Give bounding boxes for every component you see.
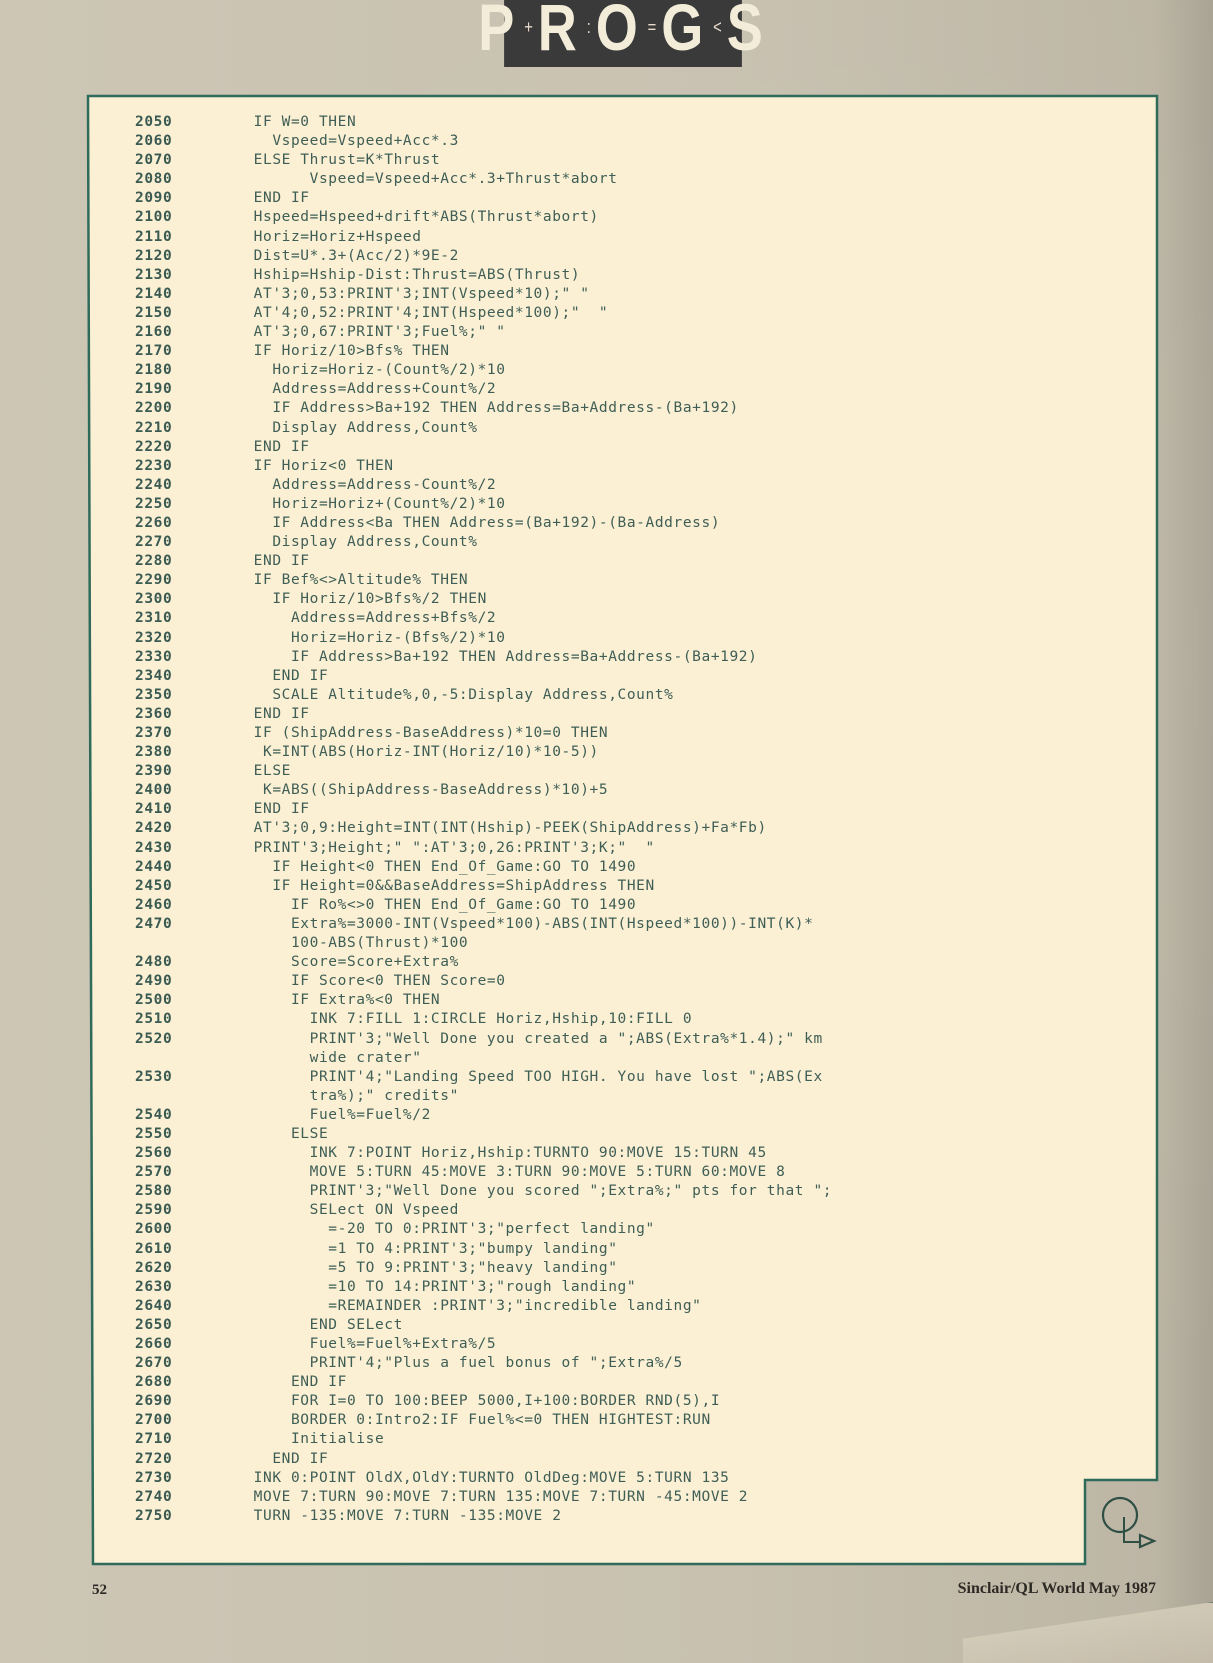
line-number: 2050	[135, 113, 235, 132]
code-line: 2640 =REMAINDER :PRINT'3;"incredible lan…	[135, 1297, 832, 1316]
code-line: 2480 Score=Score+Extra%	[135, 953, 832, 972]
code-text: PRINT'3;Height;" ":AT'3;0,26:PRINT'3;K;"…	[235, 839, 655, 858]
code-line: 2550 ELSE	[135, 1125, 832, 1144]
code-line: 2560 INK 7:POINT Horiz,Hship:TURNTO 90:M…	[135, 1144, 832, 1163]
code-line: 2360 END IF	[135, 705, 832, 724]
line-number: 2430	[135, 839, 235, 858]
line-number: 2290	[135, 571, 235, 590]
line-number: 2710	[135, 1430, 235, 1449]
code-text: IF Bef%<>Altitude% THEN	[235, 571, 468, 590]
code-text: END IF	[235, 800, 310, 819]
code-line: 2580 PRINT'3;"Well Done you scored ";Ext…	[135, 1182, 832, 1201]
line-number: 2540	[135, 1106, 235, 1125]
code-text: Dist=U*.3+(Acc/2)*9E-2	[235, 247, 459, 266]
line-number: 2420	[135, 819, 235, 838]
line-number: 2510	[135, 1010, 235, 1029]
code-text: IF Score<0 THEN Score=0	[235, 972, 506, 991]
code-text: MOVE 5:TURN 45:MOVE 3:TURN 90:MOVE 5:TUR…	[235, 1163, 785, 1182]
code-line: 2200 IF Address>Ba+192 THEN Address=Ba+A…	[135, 399, 832, 418]
line-number: 2560	[135, 1144, 235, 1163]
code-text: K=ABS((ShipAddress-BaseAddress)*10)+5	[235, 781, 608, 800]
code-text: IF Address>Ba+192 THEN Address=Ba+Addres…	[235, 648, 757, 667]
line-number: 2250	[135, 495, 235, 514]
code-text: Initialise	[235, 1430, 384, 1449]
section-title-separator: +	[524, 18, 533, 36]
code-text: AT'3;0,67:PRINT'3;Fuel%;" "	[235, 323, 506, 342]
code-line: 2460 IF Ro%<>0 THEN End_Of_Game:GO TO 14…	[135, 896, 832, 915]
code-text: ELSE Thrust=K*Thrust	[235, 151, 440, 170]
line-number: 2650	[135, 1316, 235, 1335]
code-line: 2610 =1 TO 4:PRINT'3;"bumpy landing"	[135, 1240, 832, 1259]
line-number: 2200	[135, 399, 235, 418]
code-text: FOR I=0 TO 100:BEEP 5000,I+100:BORDER RN…	[235, 1392, 720, 1411]
section-title-letter: S	[727, 0, 768, 60]
code-text: IF Horiz/10>Bfs% THEN	[235, 342, 450, 361]
code-text: PRINT'4;"Landing Speed TOO HIGH. You hav…	[235, 1068, 823, 1087]
code-text: =-20 TO 0:PRINT'3;"perfect landing"	[235, 1220, 655, 1239]
code-text: ELSE	[235, 762, 291, 781]
code-text: PRINT'4;"Plus a fuel bonus of ";Extra%/5	[235, 1354, 683, 1373]
line-number: 2090	[135, 189, 235, 208]
line-number: 2660	[135, 1335, 235, 1354]
code-line: 2220 END IF	[135, 438, 832, 457]
line-number: 2570	[135, 1163, 235, 1182]
code-text: INK 0:POINT OldX,OldY:TURNTO OldDeg:MOVE…	[235, 1469, 729, 1488]
code-line: 2690 FOR I=0 TO 100:BEEP 5000,I+100:BORD…	[135, 1392, 832, 1411]
code-line: 2380 K=INT(ABS(Horiz-INT(Horiz/10)*10-5)…	[135, 743, 832, 762]
code-line: 2190 Address=Address+Count%/2	[135, 380, 832, 399]
code-line: 2290 IF Bef%<>Altitude% THEN	[135, 571, 832, 590]
code-text: =5 TO 9:PRINT'3;"heavy landing"	[235, 1259, 618, 1278]
line-number: 2320	[135, 629, 235, 648]
code-text: Address=Address-Count%/2	[235, 476, 496, 495]
code-text: Horiz=Horiz+(Count%/2)*10	[235, 495, 506, 514]
line-number: 2500	[135, 991, 235, 1010]
code-line: 2470 Extra%=3000-INT(Vspeed*100)-ABS(INT…	[135, 915, 832, 953]
line-number: 2610	[135, 1240, 235, 1259]
code-line: 2260 IF Address<Ba THEN Address=(Ba+192)…	[135, 514, 832, 533]
code-line: 2390 ELSE	[135, 762, 832, 781]
code-line: 2450 IF Height=0&&BaseAddress=ShipAddres…	[135, 877, 832, 896]
code-text: INK 7:FILL 1:CIRCLE Horiz,Hship,10:FILL …	[235, 1010, 692, 1029]
section-title-separator: <	[713, 18, 722, 36]
line-number: 2220	[135, 438, 235, 457]
code-text: Horiz=Horiz-(Bfs%/2)*10	[235, 629, 506, 648]
section-title-separator: =	[648, 18, 657, 36]
line-number: 2520	[135, 1030, 235, 1049]
line-number: 2470	[135, 915, 235, 934]
line-number: 2600	[135, 1220, 235, 1239]
code-text: PRINT'3;"Well Done you created a ";ABS(E…	[235, 1030, 823, 1049]
code-continuation: tra%);" credits"	[135, 1087, 832, 1106]
code-line: 2140 AT'3;0,53:PRINT'3;INT(Vspeed*10);" …	[135, 285, 832, 304]
code-line: 2430 PRINT'3;Height;" ":AT'3;0,26:PRINT'…	[135, 839, 832, 858]
line-number: 2110	[135, 228, 235, 247]
line-number: 2410	[135, 800, 235, 819]
code-text: K=INT(ABS(Horiz-INT(Horiz/10)*10-5))	[235, 743, 599, 762]
line-number: 2350	[135, 686, 235, 705]
code-text: AT'3;0,9:Height=INT(INT(Hship)-PEEK(Ship…	[235, 819, 767, 838]
code-line: 2090 END IF	[135, 189, 832, 208]
line-number: 2170	[135, 342, 235, 361]
code-text: Score=Score+Extra%	[235, 953, 459, 972]
line-number: 2150	[135, 304, 235, 323]
code-line: 2530 PRINT'4;"Landing Speed TOO HIGH. Yo…	[135, 1068, 832, 1106]
code-line: 2650 END SELect	[135, 1316, 832, 1335]
code-text: END IF	[235, 552, 310, 571]
line-number: 2380	[135, 743, 235, 762]
code-continuation: wide crater"	[135, 1049, 832, 1068]
code-line: 2080 Vspeed=Vspeed+Acc*.3+Thrust*abort	[135, 170, 832, 189]
section-title-letter: P	[478, 0, 519, 60]
line-number: 2530	[135, 1068, 235, 1087]
code-text: SELect ON Vspeed	[235, 1201, 459, 1220]
code-text: MOVE 7:TURN 90:MOVE 7:TURN 135:MOVE 7:TU…	[235, 1488, 748, 1507]
code-line: 2570 MOVE 5:TURN 45:MOVE 3:TURN 90:MOVE …	[135, 1163, 832, 1182]
code-line: 2510 INK 7:FILL 1:CIRCLE Horiz,Hship,10:…	[135, 1010, 832, 1029]
code-line: 2540 Fuel%=Fuel%/2	[135, 1106, 832, 1125]
line-number: 2740	[135, 1488, 235, 1507]
section-title: P+R:O=G<S	[478, 0, 767, 60]
code-line: 2490 IF Score<0 THEN Score=0	[135, 972, 832, 991]
line-number: 2180	[135, 361, 235, 380]
code-text: END SELect	[235, 1316, 403, 1335]
code-line: 2320 Horiz=Horiz-(Bfs%/2)*10	[135, 629, 832, 648]
line-number: 2360	[135, 705, 235, 724]
code-text: IF Horiz/10>Bfs%/2 THEN	[235, 590, 487, 609]
code-line: 2620 =5 TO 9:PRINT'3;"heavy landing"	[135, 1259, 832, 1278]
code-line: 2240 Address=Address-Count%/2	[135, 476, 832, 495]
line-number: 2490	[135, 972, 235, 991]
code-text: IF Extra%<0 THEN	[235, 991, 440, 1010]
code-line: 2270 Display Address,Count%	[135, 533, 832, 552]
line-number: 2300	[135, 590, 235, 609]
line-number: 2390	[135, 762, 235, 781]
line-number: 2080	[135, 170, 235, 189]
code-line: 2410 END IF	[135, 800, 832, 819]
code-line: 2720 END IF	[135, 1450, 832, 1469]
code-line: 2160 AT'3;0,67:PRINT'3;Fuel%;" "	[135, 323, 832, 342]
code-text: Horiz=Horiz+Hspeed	[235, 228, 422, 247]
code-line: 2330 IF Address>Ba+192 THEN Address=Ba+A…	[135, 648, 832, 667]
line-number: 2070	[135, 151, 235, 170]
code-line: 2680 END IF	[135, 1373, 832, 1392]
code-text: END IF	[235, 438, 310, 457]
line-number: 2550	[135, 1125, 235, 1144]
code-text: Address=Address+Bfs%/2	[235, 609, 496, 628]
code-text: IF Address<Ba THEN Address=(Ba+192)-(Ba-…	[235, 514, 720, 533]
code-line: 2730 INK 0:POINT OldX,OldY:TURNTO OldDeg…	[135, 1469, 832, 1488]
code-line: 2750 TURN -135:MOVE 7:TURN -135:MOVE 2	[135, 1507, 832, 1526]
code-text: END IF	[235, 1373, 347, 1392]
line-number: 2340	[135, 667, 235, 686]
code-text: INK 7:POINT Horiz,Hship:TURNTO 90:MOVE 1…	[235, 1144, 767, 1163]
line-number: 2130	[135, 266, 235, 285]
code-line: 2400 K=ABS((ShipAddress-BaseAddress)*10)…	[135, 781, 832, 800]
code-continuation: 100-ABS(Thrust)*100	[135, 934, 832, 953]
code-text: ELSE	[235, 1125, 328, 1144]
code-text: =10 TO 14:PRINT'3;"rough landing"	[235, 1278, 636, 1297]
ql-logo-icon	[1100, 1495, 1160, 1565]
section-title-separator: :	[587, 18, 591, 36]
line-number: 2450	[135, 877, 235, 896]
line-number: 2330	[135, 648, 235, 667]
code-line: 2050 IF W=0 THEN	[135, 113, 832, 132]
line-number: 2670	[135, 1354, 235, 1373]
line-number: 2440	[135, 858, 235, 877]
code-line: 2340 END IF	[135, 667, 832, 686]
code-line: 2670 PRINT'4;"Plus a fuel bonus of ";Ext…	[135, 1354, 832, 1373]
code-line: 2130 Hship=Hship-Dist:Thrust=ABS(Thrust)	[135, 266, 832, 285]
code-text: PRINT'3;"Well Done you scored ";Extra%;"…	[235, 1182, 832, 1201]
page-number: 52	[92, 1582, 107, 1599]
code-text: AT'4;0,52:PRINT'4;INT(Hspeed*100);" "	[235, 304, 608, 323]
code-text: Horiz=Horiz-(Count%/2)*10	[235, 361, 506, 380]
code-line: 2230 IF Horiz<0 THEN	[135, 457, 832, 476]
line-number: 2750	[135, 1507, 235, 1526]
line-number: 2690	[135, 1392, 235, 1411]
code-line: 2250 Horiz=Horiz+(Count%/2)*10	[135, 495, 832, 514]
code-line: 2170 IF Horiz/10>Bfs% THEN	[135, 342, 832, 361]
line-number: 2210	[135, 419, 235, 438]
line-number: 2460	[135, 896, 235, 915]
code-line: 2740 MOVE 7:TURN 90:MOVE 7:TURN 135:MOVE…	[135, 1488, 832, 1507]
code-text: IF Ro%<>0 THEN End_Of_Game:GO TO 1490	[235, 896, 636, 915]
code-line: 2350 SCALE Altitude%,0,-5:Display Addres…	[135, 686, 832, 705]
code-line: 2310 Address=Address+Bfs%/2	[135, 609, 832, 628]
section-title-letter: R	[538, 0, 582, 60]
code-text: END IF	[235, 189, 310, 208]
code-line: 2500 IF Extra%<0 THEN	[135, 991, 832, 1010]
code-text: Vspeed=Vspeed+Acc*.3	[235, 132, 459, 151]
section-title-banner: P+R:O=G<S	[504, 0, 742, 67]
line-number: 2370	[135, 724, 235, 743]
code-text: AT'3;0,53:PRINT'3;INT(Vspeed*10);" "	[235, 285, 590, 304]
line-number: 2640	[135, 1297, 235, 1316]
code-line: 2100 Hspeed=Hspeed+drift*ABS(Thrust*abor…	[135, 208, 832, 227]
line-number: 2590	[135, 1201, 235, 1220]
code-text: Hspeed=Hspeed+drift*ABS(Thrust*abort)	[235, 208, 599, 227]
line-number: 2630	[135, 1278, 235, 1297]
line-number: 2310	[135, 609, 235, 628]
line-number: 2620	[135, 1259, 235, 1278]
publication-credit: Sinclair/QL World May 1987	[958, 1580, 1156, 1598]
code-text: SCALE Altitude%,0,-5:Display Address,Cou…	[235, 686, 674, 705]
code-line: 2210 Display Address,Count%	[135, 419, 832, 438]
code-line: 2110 Horiz=Horiz+Hspeed	[135, 228, 832, 247]
code-line: 2440 IF Height<0 THEN End_Of_Game:GO TO …	[135, 858, 832, 877]
line-number: 2190	[135, 380, 235, 399]
code-text: Vspeed=Vspeed+Acc*.3+Thrust*abort	[235, 170, 618, 189]
code-line: 2070 ELSE Thrust=K*Thrust	[135, 151, 832, 170]
code-listing: 2050 IF W=0 THEN2060 Vspeed=Vspeed+Acc*.…	[135, 113, 832, 1526]
code-text: TURN -135:MOVE 7:TURN -135:MOVE 2	[235, 1507, 562, 1526]
code-text: END IF	[235, 667, 328, 686]
code-text: IF (ShipAddress-BaseAddress)*10=0 THEN	[235, 724, 608, 743]
code-line: 2150 AT'4;0,52:PRINT'4;INT(Hspeed*100);"…	[135, 304, 832, 323]
code-line: 2420 AT'3;0,9:Height=INT(INT(Hship)-PEEK…	[135, 819, 832, 838]
line-number: 2060	[135, 132, 235, 151]
section-title-letter: G	[661, 0, 708, 60]
code-text: BORDER 0:Intro2:IF Fuel%<=0 THEN HIGHTES…	[235, 1411, 711, 1430]
code-text: IF Height=0&&BaseAddress=ShipAddress THE…	[235, 877, 655, 896]
line-number: 2730	[135, 1469, 235, 1488]
code-text: Extra%=3000-INT(Vspeed*100)-ABS(INT(Hspe…	[235, 915, 813, 934]
line-number: 2160	[135, 323, 235, 342]
line-number: 2260	[135, 514, 235, 533]
line-number: 2270	[135, 533, 235, 552]
code-line: 2370 IF (ShipAddress-BaseAddress)*10=0 T…	[135, 724, 832, 743]
code-text: =REMAINDER :PRINT'3;"incredible landing"	[235, 1297, 702, 1316]
line-number: 2100	[135, 208, 235, 227]
section-title-letter: O	[596, 0, 643, 60]
code-line: 2520 PRINT'3;"Well Done you created a ";…	[135, 1030, 832, 1068]
code-text: END IF	[235, 1450, 328, 1469]
code-text: IF Height<0 THEN End_Of_Game:GO TO 1490	[235, 858, 636, 877]
code-line: 2700 BORDER 0:Intro2:IF Fuel%<=0 THEN HI…	[135, 1411, 832, 1430]
code-text: Address=Address+Count%/2	[235, 380, 496, 399]
code-line: 2600 =-20 TO 0:PRINT'3;"perfect landing"	[135, 1220, 832, 1239]
code-text: Fuel%=Fuel%/2	[235, 1106, 431, 1125]
code-line: 2060 Vspeed=Vspeed+Acc*.3	[135, 132, 832, 151]
code-line: 2590 SELect ON Vspeed	[135, 1201, 832, 1220]
line-number: 2480	[135, 953, 235, 972]
code-text: Display Address,Count%	[235, 533, 478, 552]
line-number: 2140	[135, 285, 235, 304]
code-line: 2120 Dist=U*.3+(Acc/2)*9E-2	[135, 247, 832, 266]
line-number: 2280	[135, 552, 235, 571]
code-line: 2630 =10 TO 14:PRINT'3;"rough landing"	[135, 1278, 832, 1297]
code-text: IF Horiz<0 THEN	[235, 457, 394, 476]
code-text: IF W=0 THEN	[235, 113, 356, 132]
code-text: END IF	[235, 705, 310, 724]
page-fold	[963, 1602, 1213, 1663]
code-text: IF Address>Ba+192 THEN Address=Ba+Addres…	[235, 399, 739, 418]
code-text: =1 TO 4:PRINT'3;"bumpy landing"	[235, 1240, 618, 1259]
code-line: 2300 IF Horiz/10>Bfs%/2 THEN	[135, 590, 832, 609]
code-line: 2280 END IF	[135, 552, 832, 571]
code-text: Hship=Hship-Dist:Thrust=ABS(Thrust)	[235, 266, 580, 285]
line-number: 2240	[135, 476, 235, 495]
line-number: 2400	[135, 781, 235, 800]
line-number: 2680	[135, 1373, 235, 1392]
line-number: 2700	[135, 1411, 235, 1430]
line-number: 2720	[135, 1450, 235, 1469]
code-line: 2180 Horiz=Horiz-(Count%/2)*10	[135, 361, 832, 380]
line-number: 2120	[135, 247, 235, 266]
code-line: 2660 Fuel%=Fuel%+Extra%/5	[135, 1335, 832, 1354]
line-number: 2580	[135, 1182, 235, 1201]
code-line: 2710 Initialise	[135, 1430, 832, 1449]
code-text: Fuel%=Fuel%+Extra%/5	[235, 1335, 496, 1354]
line-number: 2230	[135, 457, 235, 476]
code-text: Display Address,Count%	[235, 419, 478, 438]
